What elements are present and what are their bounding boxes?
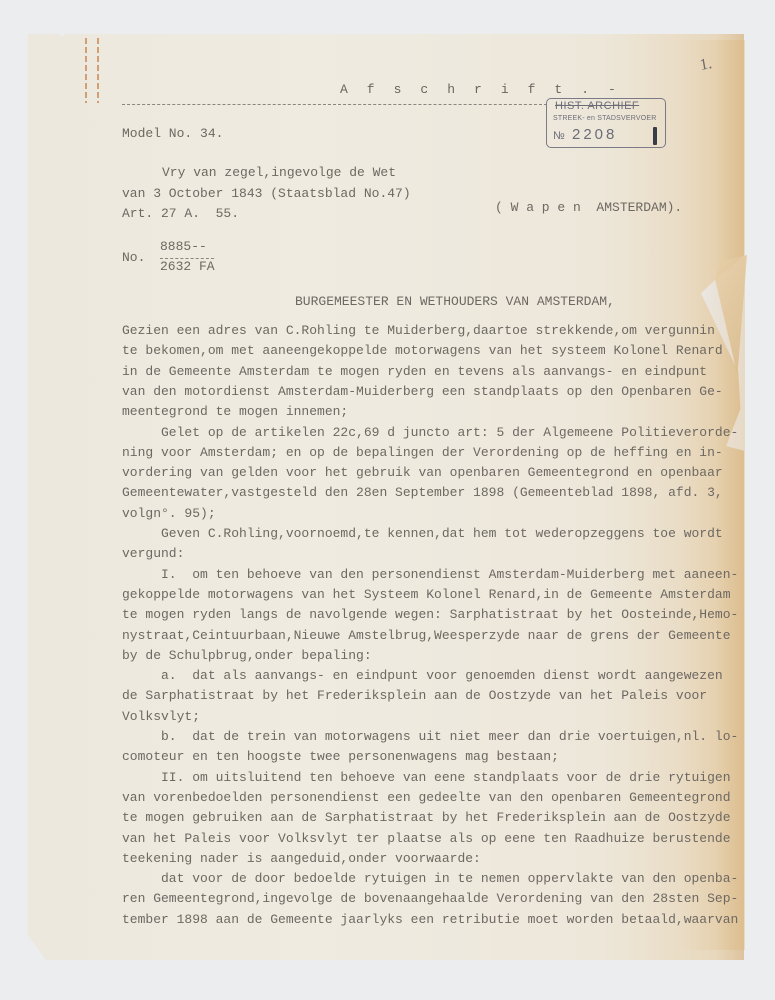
body-line: in de Gemeente Amsterdam te mogen ryden … (122, 362, 707, 382)
body-line: de Sarphatistraat by het Frederiksplein … (122, 686, 707, 706)
body-line: van vorenbedoelden personendienst een ge… (122, 788, 731, 808)
exemption-line-3: Art. 27 A. 55. (122, 204, 239, 224)
body-line: ren Gemeentegrond,ingevolge de bovenaang… (122, 889, 738, 909)
body-line: Gemeentewater,vastgesteld den 28en Septe… (122, 483, 723, 503)
body-line: I. om ten behoeve van den personendienst… (122, 565, 738, 585)
rust-mark-left (85, 38, 87, 103)
body-line: a. dat als aanvangs- en eindpunt voor ge… (122, 666, 723, 686)
heading: BURGEMEESTER EN WETHOUDERS VAN AMSTERDAM… (295, 292, 615, 312)
number-sign: № (553, 130, 565, 142)
body-line: comoteur en ten hoogste twee personenwag… (122, 747, 559, 767)
body-line: te bekomen,om met aaneengekoppelde motor… (122, 341, 723, 361)
body-line: teekening nader is aangeduid,onder voorw… (122, 849, 481, 869)
exemption-line-1: Vry van zegel,ingevolge de Wet (162, 163, 396, 183)
body-line: van het Paleis voor Volksvlyt ter plaats… (122, 829, 731, 849)
body-line: Geven C.Rohling,voornoemd,te kennen,dat … (122, 524, 723, 544)
reference-denominator: 2632 FA (160, 257, 215, 277)
rust-mark-right (97, 38, 99, 103)
body-line: Gelet op de artikelen 22c,69 d juncto ar… (122, 423, 738, 443)
reference-label: No. (122, 248, 145, 268)
stamp-number-value: 2208 (572, 126, 617, 143)
stamp-number: № 2208 (553, 126, 617, 143)
body-line: te mogen ryden langs de navolgende wegen… (122, 605, 738, 625)
body-line: vordering van gelden voor het gebruik va… (122, 463, 723, 483)
stamp-line-2: STREEK- en STADSVERVOER (553, 115, 657, 122)
stamp-ink-mark (653, 127, 657, 145)
body-line: Volksvlyt; (122, 707, 200, 727)
body-line: meentegrond te mogen innemen; (122, 402, 348, 422)
dashed-rule (122, 104, 547, 105)
model-number: Model No. 34. (122, 124, 223, 144)
body-line: dat voor de door bedoelde rytuigen in te… (122, 869, 738, 889)
body-line: van den motordienst Amsterdam-Muiderberg… (122, 382, 723, 402)
exemption-line-2: van 3 October 1843 (Staatsblad No.47) (122, 184, 411, 204)
body-line: II. om uitsluitend ten behoeve van eene … (122, 768, 731, 788)
body-line: ning voor Amsterdam; en op de bepalingen… (122, 443, 723, 463)
body-line: volgn°. 95); (122, 504, 216, 524)
archive-stamp: HIST. ARCHIEF STREEK- en STADSVERVOER № … (546, 98, 666, 148)
coat-of-arms-note: ( W a p e n AMSTERDAM). (495, 198, 682, 218)
body-line: by de Schulpbrug,onder bepaling: (122, 646, 372, 666)
body-line: te mogen gebruiken aan de Sarphatistraat… (122, 808, 731, 828)
reference-numerator: 8885-- (160, 237, 207, 257)
body-line: b. dat de trein van motorwagens uit niet… (122, 727, 738, 747)
stamp-line-1: HIST. ARCHIEF (555, 100, 639, 112)
body-line: nystraat,Ceintuurbaan,Nieuwe Amstelbrug,… (122, 626, 731, 646)
body-line: vergund: (122, 544, 184, 564)
body-line: gekoppelde motorwagens van het Systeem K… (122, 585, 731, 605)
body-line: Gezien een adres van C.Rohling te Muider… (122, 321, 715, 341)
body-line: tember 1898 aan de Gemeente jaarlyks een… (122, 910, 738, 930)
